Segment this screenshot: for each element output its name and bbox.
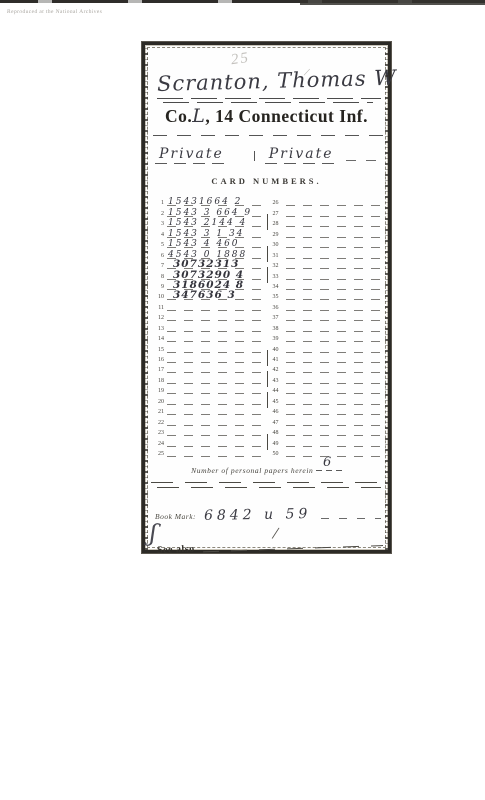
entry-line-right [285,260,387,270]
table-row: 41543 3 1 3429 [151,228,387,238]
table-row: 2146 [151,406,387,416]
blank-rule [286,205,385,206]
entry-line-left [166,448,268,458]
row-number-right: 48 [268,430,285,437]
entry-line-left: 1543 3 1 34 [166,228,268,238]
see-also-label: See also [157,544,195,557]
row-number-left: 14 [151,336,166,343]
row-number-left: 21 [151,409,166,416]
row-number-left: 7 [151,263,166,270]
rank-in-text: Private [159,146,224,162]
row-number-right: 41 [268,357,285,364]
row-number-right: 27 [268,211,285,218]
blank-rule [286,446,385,447]
entry-line-left [166,312,268,322]
see-also-line: See also [157,537,383,557]
blank-rule [286,435,385,436]
entry-line-right [285,218,387,228]
blank-rule [286,216,385,217]
rank-in-entry: Private [155,146,228,164]
unit-underline [153,135,385,136]
row-number-left: 11 [151,305,166,312]
blank-rule [167,393,266,394]
rank-out-underline [265,163,338,164]
name-underline [157,98,381,99]
table-row: 1641 [151,354,387,364]
blank-rule [286,247,385,248]
blank-rule [167,320,266,321]
table-row: 31543 2144 428 [151,218,387,228]
row-number-left: 20 [151,399,166,406]
entry-line-left [166,406,268,416]
row-number-left: 13 [151,326,166,333]
row-number-right: 45 [268,399,285,406]
row-number-right: 29 [268,232,285,239]
entry-line-right [285,448,387,458]
blank-rule [286,289,385,290]
rank-divider-tick [254,151,255,161]
handwritten-card-number: 1543 2144 4 [168,218,247,228]
row-number-right: 34 [268,284,285,291]
blank-rule [286,310,385,311]
personal-papers-rule [316,470,342,471]
blank-rule [286,425,385,426]
row-number-right: 37 [268,315,285,322]
row-number-left: 6 [151,253,166,260]
entry-line-left [166,437,268,447]
card-numbers-heading: CARD NUMBERS. [145,176,388,186]
entry-line-right [285,322,387,332]
archives-watermark: Reproduced at the National Archives [7,9,103,15]
table-row: 1540 [151,343,387,353]
row-number-right: 36 [268,305,285,312]
table-row: 2348 [151,427,387,437]
blank-rule [286,268,385,269]
faint-page-number: 25 [230,50,251,69]
entry-line-right [285,416,387,426]
entry-line-right [285,437,387,447]
row-number-right: 28 [268,221,285,228]
row-number-left: 16 [151,357,166,364]
blank-rule [286,383,385,384]
blank-rule [167,383,266,384]
table-row: 1338 [151,322,387,332]
personal-papers-label: Number of personal papers herein [191,466,313,475]
row-number-right: 32 [268,263,285,270]
blank-rule [167,425,266,426]
entry-line-left [166,301,268,311]
table-row: 2449 [151,437,387,447]
row-number-left: 3 [151,221,166,228]
scanned-document-page: { "page": { "watermark": "Reproduced at … [0,0,485,800]
rank-line: Private Private [155,142,385,164]
handwritten-card-number: 15431664 2 [168,197,242,207]
see-also-rule [203,545,383,553]
entry-line-right [285,333,387,343]
row-number-left: 2 [151,211,166,218]
service-record-card: 25 / Scranton, Thomas W Co.L, 14 Connect… [142,42,391,553]
row-number-right: 30 [268,242,285,249]
unit-prefix: Co. [165,106,192,126]
blank-rule [286,331,385,332]
blank-rule [286,237,385,238]
entry-line-right [285,374,387,384]
table-row: 1944 [151,385,387,395]
blank-rule [286,352,385,353]
row-number-left: 24 [151,441,166,448]
entry-line-left [166,333,268,343]
table-row: 1742 [151,364,387,374]
table-row: 2550 [151,448,387,458]
table-row: 51543 4 46030 [151,239,387,249]
row-number-right: 39 [268,336,285,343]
soldier-name-line: Scranton, Thomas W [157,69,383,101]
blank-rule [286,341,385,342]
entry-line-left [166,364,268,374]
table-row: 1843 [151,374,387,384]
entry-line-right [285,239,387,249]
row-number-right: 40 [268,347,285,354]
blank-rule [167,352,266,353]
row-number-right: 38 [268,326,285,333]
divider-rule-1 [151,482,387,483]
table-row: 1136 [151,301,387,311]
blank-rule [167,341,266,342]
row-number-left: 15 [151,347,166,354]
scan-artifact-top-right [300,0,485,5]
entry-line-left [166,427,268,437]
personal-papers-value: 6 [323,455,331,470]
rank-out-entry: Private [265,146,338,164]
row-number-left: 23 [151,430,166,437]
rank-out-text: Private [269,146,334,162]
row-number-left: 4 [151,232,166,239]
row-number-right: 31 [268,253,285,260]
blank-rule [286,362,385,363]
row-number-left: 22 [151,420,166,427]
personal-papers-line: Number of personal papers herein [145,466,388,475]
blank-rule [286,456,385,457]
row-number-right: 50 [268,451,285,458]
entry-line-right [285,406,387,416]
blank-rule [286,299,385,300]
blank-rule [167,414,266,415]
blank-rule [167,456,266,457]
blank-rule [167,372,266,373]
blank-rule [286,226,385,227]
entry-line-left: 1543 2144 4 [166,218,268,228]
table-row: 10347636 335 [151,291,387,301]
book-mark-label: Book Mark: [155,512,196,523]
blank-rule [167,331,266,332]
unit-designation: Co.L, 14 Connecticut Inf. [145,105,388,127]
row-number-right: 43 [268,378,285,385]
blank-rule [286,404,385,405]
blank-rule [167,404,266,405]
blank-rule [286,372,385,373]
blank-rule [286,414,385,415]
entry-line-right [285,395,387,405]
table-row: 1439 [151,333,387,343]
row-number-right: 47 [268,420,285,427]
table-row: 115431664 226 [151,197,387,207]
entry-line-left [166,416,268,426]
blank-rule [286,258,385,259]
entry-line-right [285,291,387,301]
entry-line-right [285,281,387,291]
blank-rule [167,435,266,436]
handwritten-card-number: 1543 4 460 [168,239,240,249]
blank-rule [286,393,385,394]
row-number-left: 17 [151,367,166,374]
rank-in-underline [155,163,228,164]
divider-rule-2 [157,487,381,488]
entry-line-right [285,343,387,353]
company-letter: L [192,105,205,127]
table-row: 21543 3 664 927 [151,207,387,217]
entry-line-left [166,374,268,384]
entry-line-right [285,228,387,238]
row-number-right: 35 [268,294,285,301]
card-numbers-table: 115431664 22621543 3 664 92731543 2144 4… [151,197,387,458]
entry-line-left: 1543 4 460 [166,239,268,249]
blank-rule [167,362,266,363]
pen-flourish: ʃ [149,519,158,548]
entry-line-left: 1543 3 664 9 [166,207,268,217]
row-number-left: 8 [151,274,166,281]
rank-trailing-rule [346,160,383,161]
soldier-name: Scranton, Thomas W [157,66,384,96]
entry-line-left [166,354,268,364]
row-number-left: 18 [151,378,166,385]
entry-line-right [285,312,387,322]
blank-rule [286,320,385,321]
entry-line-left [166,395,268,405]
row-number-left: 12 [151,315,166,322]
entry-line-right [285,197,387,207]
row-number-left: 5 [151,242,166,249]
row-number-right: 44 [268,388,285,395]
unit-suffix: , 14 Connecticut Inf. [205,106,368,126]
handwritten-card-number: 347636 3 [173,289,236,301]
entry-line-left: 347636 3 [166,291,268,301]
entry-line-right [285,354,387,364]
row-number-left: 19 [151,388,166,395]
handwritten-card-number: 1543 3 1 34 [168,229,244,239]
table-row: 1237 [151,312,387,322]
name-underline-2 [163,102,373,103]
row-number-right: 46 [268,409,285,416]
table-row: 2045 [151,395,387,405]
row-number-right: 33 [268,274,285,281]
entry-line-right [285,427,387,437]
entry-line-left: 15431664 2 [166,197,268,207]
row-number-right: 26 [268,200,285,207]
entry-line-right [285,207,387,217]
entry-line-right [285,385,387,395]
blank-rule [167,310,266,311]
row-number-left: 1 [151,200,166,207]
entry-line-left [166,322,268,332]
row-number-left: 25 [151,451,166,458]
entry-line-left [166,343,268,353]
table-row: 2247 [151,416,387,426]
row-number-left: 10 [151,294,166,301]
blank-rule [286,279,385,280]
entry-line-left [166,385,268,395]
book-mark-trailing-rule [321,518,381,519]
blank-rule [167,446,266,447]
entry-line-right [285,270,387,280]
book-mark-value: 6842 u 59 [204,506,312,524]
row-number-right: 42 [268,367,285,374]
book-mark-line: Book Mark: 6842 u 59 [155,507,383,523]
handwritten-card-number: 1543 3 664 9 [168,208,252,218]
entry-line-right [285,301,387,311]
entry-line-right [285,364,387,374]
row-number-right: 49 [268,441,285,448]
row-number-left: 9 [151,284,166,291]
entry-line-right [285,249,387,259]
